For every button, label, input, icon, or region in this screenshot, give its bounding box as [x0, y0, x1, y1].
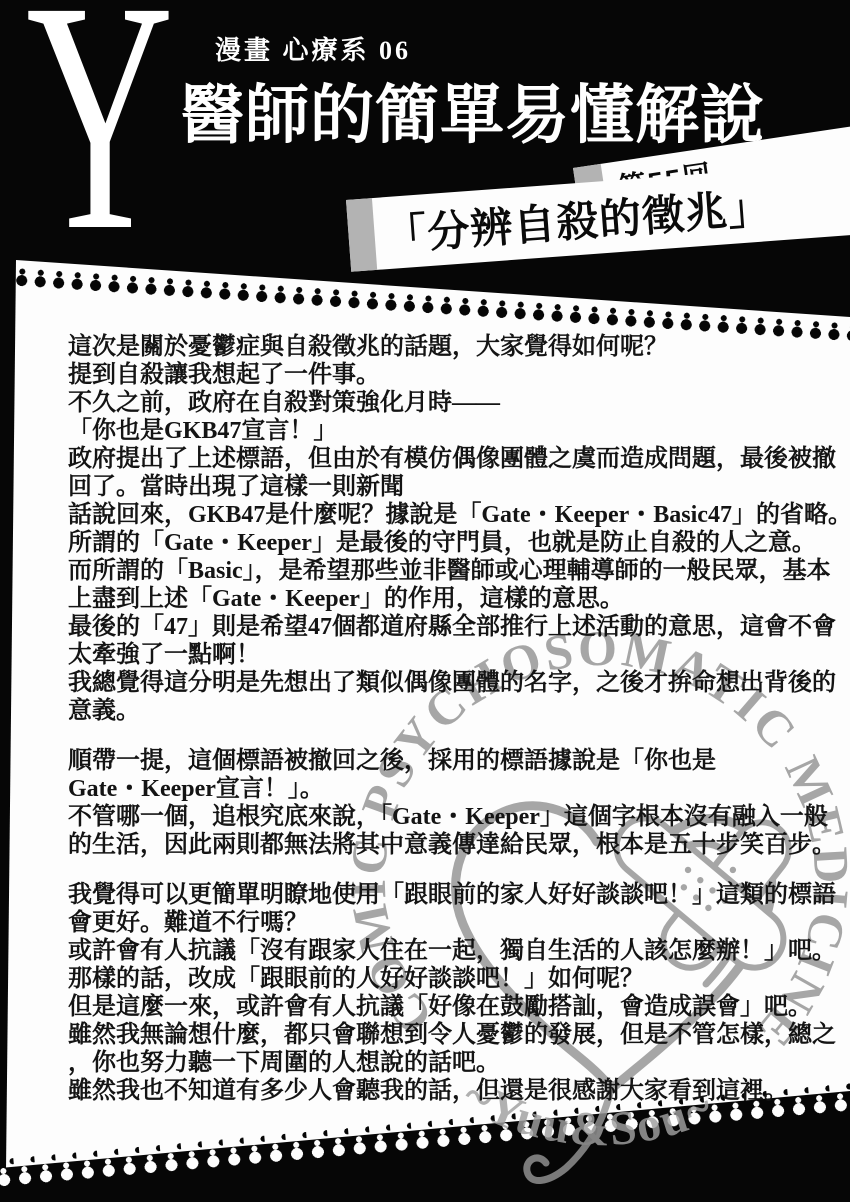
text-line: 那樣的話，改成「跟眼前的人好好談談吧！」如何呢？: [68, 965, 834, 993]
text-line: 而所謂的「Basic」，是希望那些並非醫師或心理輔導師的一般民眾，基本: [68, 557, 834, 585]
afterword-text: 這次是關於憂鬱症與自殺徵兆的話題，大家覺得如何呢？ 提到自殺讓我想起了一件事。 …: [68, 333, 834, 1105]
text-line: 意義。: [68, 697, 834, 725]
paragraph-2: 順帶一提，這個標語被撤回之後，採用的標語據說是「你也是 Gate・Keeper宣…: [68, 747, 834, 859]
series-label: 漫畫 心療系 06: [215, 30, 411, 67]
text-line: 太牽強了一點啊！: [68, 641, 834, 669]
text-line: 不管哪一個，追根究底來說，「Gate・Keeper」這個字根本沒有融入一般: [68, 803, 834, 831]
text-line: 或許會有人抗議「沒有跟家人住在一起，獨自生活的人該怎麼辦！」吧。: [68, 937, 834, 965]
text-line: 順帶一提，這個標語被撤回之後，採用的標語據說是「你也是: [68, 747, 834, 775]
y-monogram: Y: [26, 0, 174, 282]
paragraph-1: 這次是關於憂鬱症與自殺徵兆的話題，大家覺得如何呢？ 提到自殺讓我想起了一件事。 …: [68, 333, 834, 725]
text-line: 上盡到上述「Gate・Keeper」的作用，這樣的意思。: [68, 585, 834, 613]
text-line: 不久之前，政府在自殺對策強化月時——: [68, 389, 834, 417]
text-line: 話說回來，GKB47是什麼呢？據說是「Gate・Keeper・Basic47」的…: [68, 501, 834, 529]
text-line: 雖然我無論想什麼，都只會聯想到令人憂鬱的發展，但是不管怎樣，總之: [68, 1021, 834, 1049]
text-line: 我覺得可以更簡單明瞭地使用「跟眼前的家人好好談談吧！」這類的標語: [68, 881, 834, 909]
text-line: 這次是關於憂鬱症與自殺徵兆的話題，大家覺得如何呢？: [68, 333, 834, 361]
page-title: 醫師的簡單易懂解說: [180, 64, 765, 156]
text-line: Gate・Keeper宣言！」。: [68, 775, 834, 803]
text-line: 提到自殺讓我想起了一件事。: [68, 361, 834, 389]
text-line: 政府提出了上述標語，但由於有模仿偶像團體之虞而造成問題，最後被撤: [68, 445, 834, 473]
text-line: 會更好。難道不行嗎？: [68, 909, 834, 937]
text-line: 最後的「47」則是希望47個都道府縣全部推行上述活動的意思，這會不會: [68, 613, 834, 641]
text-line: 所謂的「Gate・Keeper」是最後的守門員，也就是防止自殺的人之意。: [68, 529, 834, 557]
text-line: 雖然我也不知道有多少人會聽我的話，但還是很感謝大家看到這裡。: [68, 1077, 834, 1105]
manga-afterword-page: COMIC PSYCHOSOMATIC MEDICINE ~Yuu&Sou~ 這…: [0, 0, 850, 1202]
text-line: 但是這麼一來，或許會有人抗議「好像在鼓勵搭訕，會造成誤會」吧。: [68, 993, 834, 1021]
text-line: 「你也是GKB47宣言！」: [68, 417, 834, 445]
paragraph-3: 我覺得可以更簡單明瞭地使用「跟眼前的家人好好談談吧！」這類的標語 會更好。難道不…: [68, 881, 834, 1105]
text-line: 我總覺得這分明是先想出了類似偶像團體的名字，之後才拚命想出背後的: [68, 669, 834, 697]
text-line: 回了。當時出現了這樣一則新聞: [68, 473, 834, 501]
text-line: ，你也努力聽一下周圍的人想說的話吧。: [68, 1049, 834, 1077]
text-line: 的生活，因此兩則都無法將其中意義傳達給民眾，根本是五十步笑百步。: [68, 831, 834, 859]
